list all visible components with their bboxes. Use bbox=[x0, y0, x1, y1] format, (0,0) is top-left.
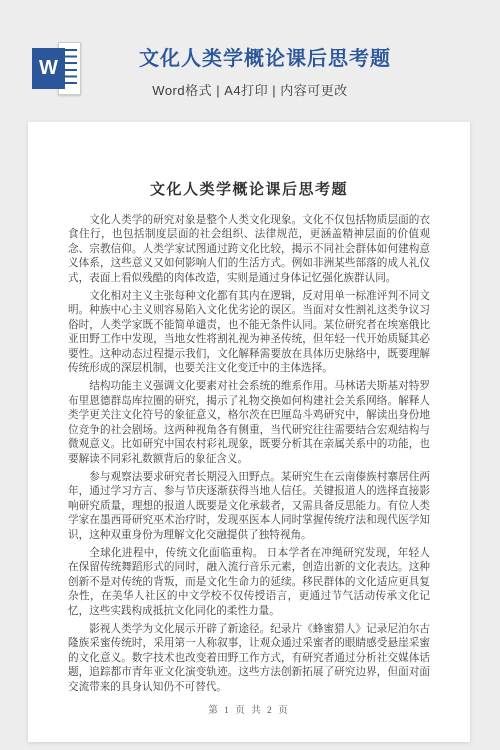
document-title: 文化人类学概论课后思考题 bbox=[68, 178, 430, 199]
page-number: 第 1 页 共 2 页 bbox=[68, 702, 430, 716]
document-page: 文化人类学概论课后思考题 文化人类学的研究对象是整个人类文化现象。文化不仅包括物… bbox=[28, 122, 470, 742]
page-subtitle: Word格式 | A4打印 | 内容可更改 bbox=[0, 80, 500, 99]
document-paragraph: 参与观察法要求研究者长期浸入田野点。某研究生在云南傣族村寨居住两年，通过学习方言… bbox=[68, 471, 430, 543]
document-paragraph: 结构功能主义强调文化要素对社会系统的维系作用。马林诺夫斯基对特罗布里恩德群岛库拉… bbox=[68, 380, 430, 466]
document-paragraph: 全球化进程中，传统文化面临重构。 日本学者在冲绳研究发现，年轻人在保留传统舞蹈形… bbox=[68, 547, 430, 619]
document-paragraph: 文化相对主义主张每种文化都有其内在逻辑，反对用单一标准评判不同文明。种族中心主义… bbox=[68, 290, 430, 376]
document-paragraph: 文化人类学的研究对象是整个人类文化现象。文化不仅包括物质层面的衣食住行，也包括制… bbox=[68, 214, 430, 286]
header: W 文化人类学概论课后思考题 Word格式 | A4打印 | 内容可更改 bbox=[0, 40, 500, 102]
document-paragraph: 影视人类学为文化展示开辟了新途径。纪录片《蜂蜜猎人》记录尼泊尔古隆族采蜜传统时，… bbox=[68, 623, 430, 695]
page-title: 文化人类学概论课后思考题 bbox=[0, 42, 500, 71]
